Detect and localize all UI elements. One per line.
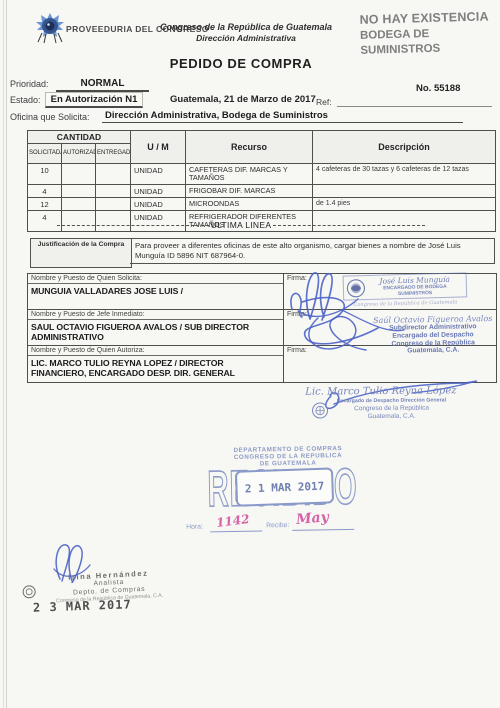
recibe-handwritten: May (295, 509, 329, 528)
no-existencia-line2: BODEGA DE SUMINISTROS (360, 25, 500, 60)
scan-edge-artifact (3, 0, 4, 708)
org-name: Congreso de la República de Guatemala (146, 22, 346, 32)
signer-name: LIC. MARCO TULIO REYNA LOPEZ / DIRECTOR … (28, 356, 283, 381)
entregada-subheader: ENTREGADA (96, 144, 131, 164)
cell-solicitada: 12 (28, 197, 62, 210)
cell-entregada (96, 197, 131, 210)
scan-edge-artifact (6, 0, 7, 708)
ref-blank-line (337, 96, 492, 107)
cell-um: UNIDAD (131, 184, 186, 197)
stamp-line: Guatemala, C.A. (332, 413, 451, 422)
stamp-name: Lic. Marco Tulio Reyna López (296, 385, 466, 397)
munguia-stamp-box: José Luis Munguía ENCARGADO DE BODEGA SU… (343, 272, 468, 300)
purchase-order-scan: PROVEEDURIA DEL CONGRESO Congreso de la … (0, 0, 500, 708)
seal-icon (22, 584, 37, 599)
signer-cell: Nombre y Puesto de Quien Autoriza: LIC. … (28, 346, 284, 382)
document-number: No. 55188 (416, 83, 460, 94)
table-row: 10 UNIDAD CAFETERAS DIF. MARCAS Y TAMAÑO… (28, 164, 496, 185)
autorizada-subheader: AUTORIZADA (62, 144, 96, 164)
signer-role-label: Nombre y Puesto de Quien Autoriza: (28, 346, 283, 356)
recibido-date: 2 1 MAR 2017 (245, 479, 325, 495)
oficina-label: Oficina que Solicita: (10, 112, 90, 122)
munguia-stamp: José Luis Munguía ENCARGADO DE BODEGA SU… (343, 272, 468, 308)
cell-recurso: MICROONDAS (186, 197, 313, 210)
document-title: PEDIDO DE COMPRA (141, 56, 341, 71)
recibido-hora-line: Hora: 1142 Recibe: May (184, 516, 394, 536)
descripcion-column-header: Descripción (313, 131, 496, 164)
recibe-label: Recibe: (266, 522, 289, 529)
cell-solicitada: 4 (28, 184, 62, 197)
cell-descripcion: 4 cafeteras de 30 tazas y 6 cafeteras de… (313, 164, 496, 185)
cell-descripcion (313, 184, 496, 197)
cell-autorizada (62, 197, 96, 210)
prioridad-value: NORMAL (56, 78, 149, 92)
figueroa-stamp: Saúl Octavio Figueroa Avalos Subdirector… (366, 314, 500, 357)
cell-autorizada (62, 164, 96, 185)
stamp-line: SUMINISTROS (375, 290, 455, 297)
dash-line (57, 225, 209, 226)
recibido-stamp: DEPARTAMENTO DE COMPRAS CONGRESO DE LA R… (183, 444, 393, 469)
signer-role-label: Nombre y Puesto de Jefe Inmediato: (28, 310, 283, 320)
oficina-underline (102, 109, 463, 123)
org-dept: Dirección Administrativa (146, 33, 346, 43)
cell-entregada (96, 184, 131, 197)
org-header: Congreso de la República de Guatemala Di… (146, 22, 346, 43)
reyna-stamp: Lic. Marco Tulio Reyna López Encargado d… (296, 385, 466, 422)
seal-icon (311, 401, 329, 419)
ultima-linea-text: ULTIMA LINEA (209, 220, 274, 230)
table-row: 4 UNIDAD FRIGOBAR DIF. MARCAS (28, 184, 496, 197)
cell-entregada (96, 164, 131, 185)
proveeduria-logo-icon (36, 13, 64, 44)
cell-solicitada: 10 (28, 164, 62, 185)
reyna-stamp-text: Encargado de Despacho Dirección General … (332, 397, 451, 422)
no-existencia-stamp: NO HAY EXISTENCIA BODEGA DE SUMINISTROS (359, 8, 500, 60)
um-column-header: U / M (131, 131, 186, 164)
cell-um: UNIDAD (131, 164, 186, 185)
cell-recurso: CAFETERAS DIF. MARCAS Y TAMAÑOS (186, 164, 313, 185)
cantidad-group-header: CANTIDAD (28, 131, 131, 144)
document-date: Guatemala, 21 de Marzo de 2017 (170, 94, 316, 105)
solicitada-subheader: SOLICITADA (28, 144, 62, 164)
cell-recurso: FRIGOBAR DIF. MARCAS (186, 184, 313, 197)
ref-label: Ref: (316, 97, 332, 107)
prioridad-label: Prioridad: (10, 79, 49, 89)
justificacion-text: Para proveer a diferentes oficinas de es… (130, 238, 495, 264)
seal-icon (346, 278, 367, 299)
estado-label: Estado: (10, 95, 41, 105)
munguia-stamp-text: José Luis Munguía ENCARGADO DE BODEGA SU… (366, 274, 465, 298)
items-table: CANTIDAD U / M Recurso Descripción SOLIC… (27, 130, 496, 232)
estado-value: En Autorización N1 (45, 92, 143, 108)
signer-name: MUNGUIA VALLADARES JOSE LUIS / (28, 284, 283, 298)
hora-label: Hora: (186, 523, 203, 530)
ultima-linea-divider: ULTIMA LINEA (57, 220, 425, 230)
cell-autorizada (62, 184, 96, 197)
date-stamp-23-mar: 2 3 MAR 2017 (33, 597, 132, 614)
stamp-line: Encargado de Despacho Dirección General (337, 398, 446, 406)
signer-cell: Nombre y Puesto de Quien Solicita: MUNGU… (28, 274, 284, 309)
signer-role-label: Nombre y Puesto de Quien Solicita: (28, 274, 283, 284)
justificacion-label: Justificación de la Compra (30, 238, 132, 268)
signer-name: SAUL OCTAVIO FIGUEROA AVALOS / SUB DIREC… (28, 320, 283, 345)
signer-cell: Nombre y Puesto de Jefe Inmediato: SAUL … (28, 310, 284, 345)
dash-line (273, 225, 425, 226)
table-row: 12 UNIDAD MICROONDAS de 1.4 pies (28, 197, 496, 210)
cell-descripcion: de 1.4 pies (313, 197, 496, 210)
recibido-date-box: 2 1 MAR 2017 (235, 467, 334, 506)
recurso-column-header: Recurso (186, 131, 313, 164)
cell-um: UNIDAD (131, 197, 186, 210)
